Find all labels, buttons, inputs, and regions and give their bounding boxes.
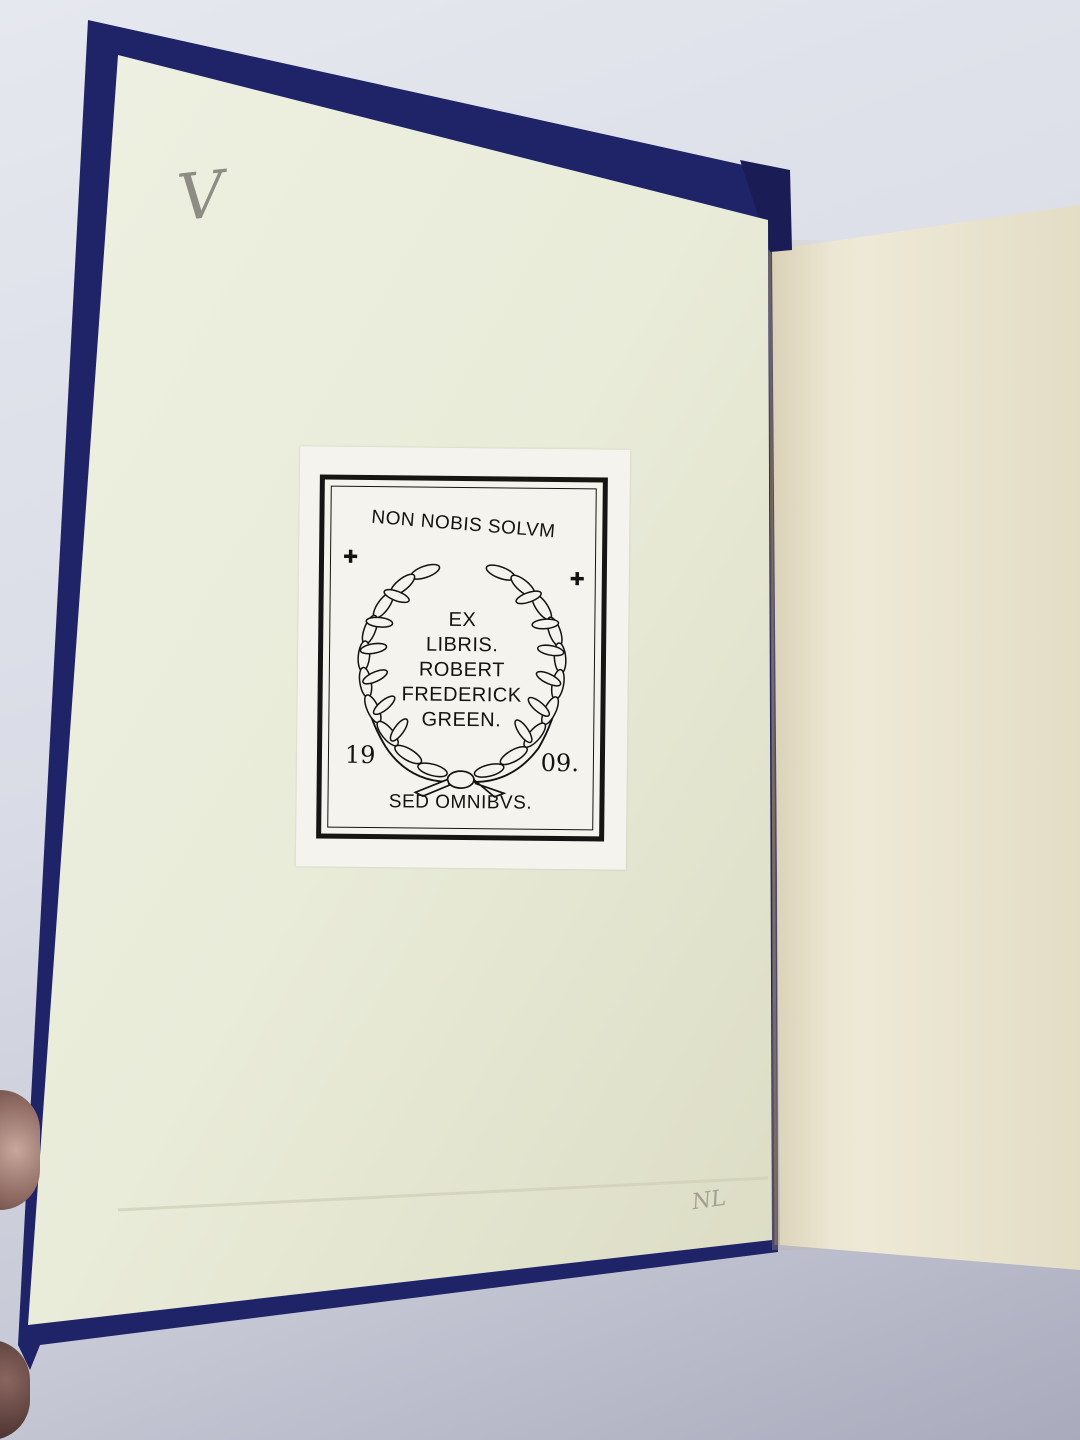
owner-inscription: EX LIBRIS. ROBERT FREDERICK GREEN. xyxy=(329,607,594,735)
owner-last-name: GREEN. xyxy=(329,707,593,735)
year-left: 19 xyxy=(345,741,376,769)
bookplate-border: NON NOBIS SOLVM ✚ ✚ xyxy=(316,474,608,841)
motto-bottom: SED OMNIBVS. xyxy=(328,791,592,816)
pencil-mark-nl: NL xyxy=(690,1186,727,1215)
libris-label: LIBRIS. xyxy=(330,632,594,660)
owner-middle-name: FREDERICK xyxy=(329,682,593,710)
photo-scene: V NL NON NOBIS SOLVM ✚ ✚ xyxy=(0,0,1080,1440)
year-right: 09. xyxy=(541,749,579,777)
pencil-mark-v: V xyxy=(174,158,228,236)
ex-libris-bookplate: NON NOBIS SOLVM ✚ ✚ xyxy=(296,446,630,869)
owner-first-name: ROBERT xyxy=(330,657,594,685)
bookplate-inner-border: NON NOBIS SOLVM ✚ ✚ xyxy=(327,486,597,831)
ex-label: EX xyxy=(330,607,594,635)
